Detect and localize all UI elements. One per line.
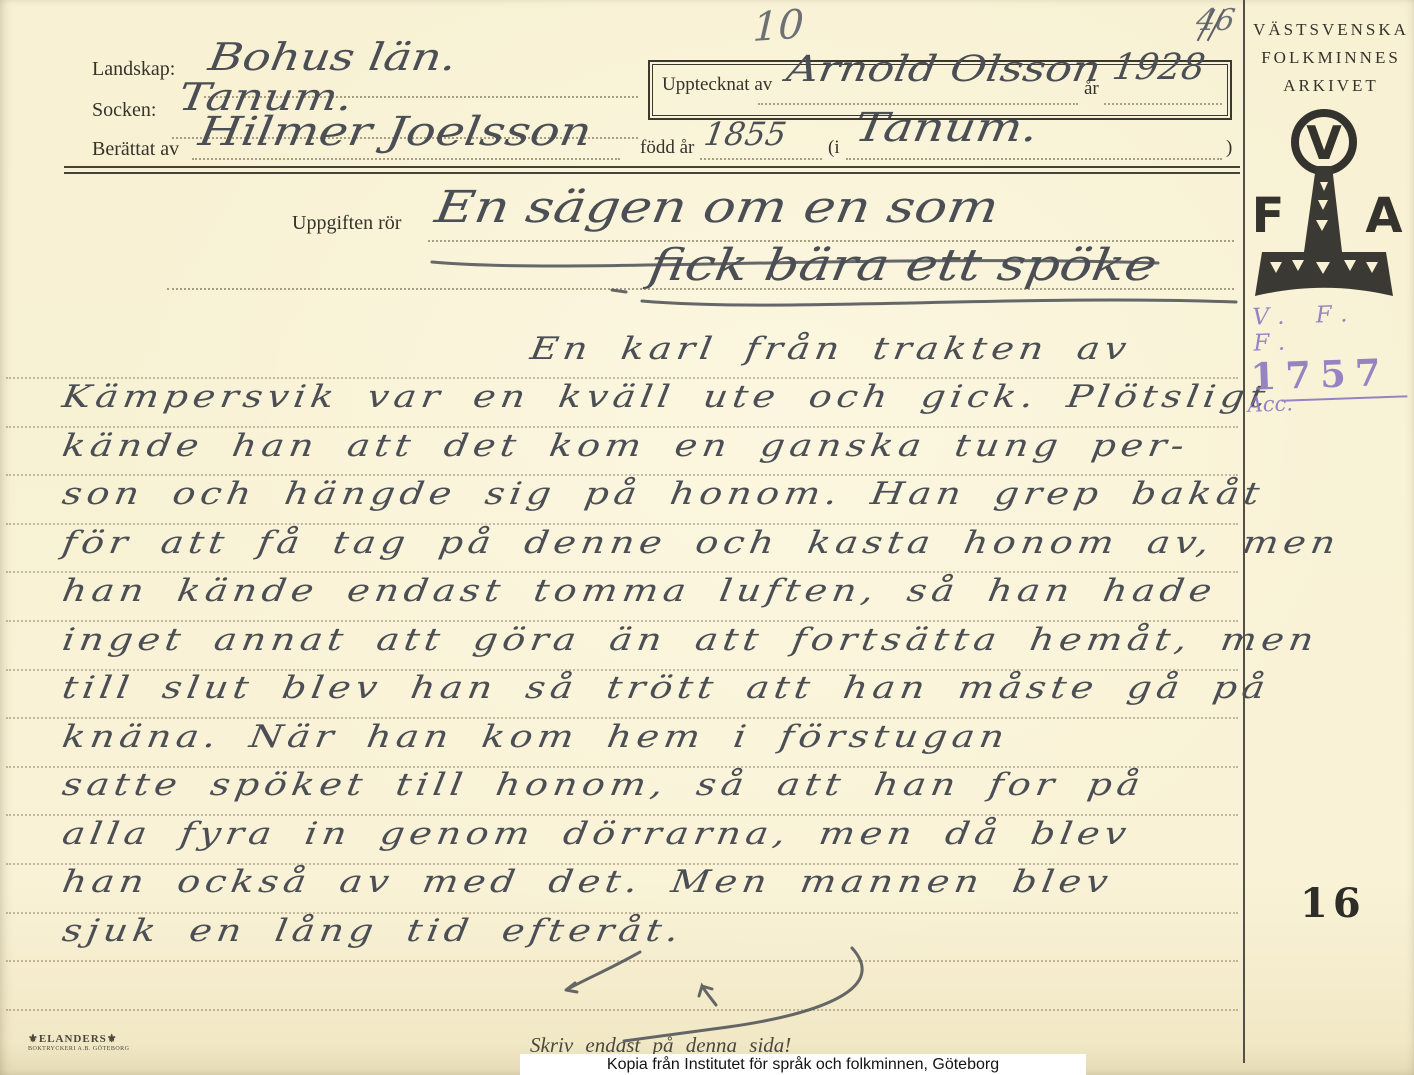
printer-name: ELANDERS (39, 1033, 107, 1045)
stamp-initials: V. F. F. (1252, 299, 1414, 357)
printer-ornament-icon: ⚜ (107, 1033, 118, 1045)
printer-subtitle: BOKTRYCKERI A.B. GÖTEBORG (28, 1046, 130, 1052)
archive-name-line: ARKIVET (1252, 72, 1410, 100)
logo-letter-v: V (1306, 116, 1342, 170)
archive-stamp: V. F. F. 1757 Acc. (1244, 299, 1414, 417)
copy-caption-strip: Kopia från Institutet för språk och folk… (520, 1054, 1086, 1075)
body-line: till slut blev han så trött att han måst… (60, 673, 1272, 704)
body-line: Kämpersvik var en kväll ute och gick. Pl… (60, 382, 1272, 413)
body-line: alla fyra in genom dörrarna, men då blev (60, 819, 1133, 850)
body-line: kände han att det kom en ganska tung per… (60, 431, 1191, 462)
archive-name-line: FOLKMINNES (1252, 44, 1410, 72)
logo-letter-a: A (1365, 188, 1402, 244)
document-page: Landskap: Bohus län. Socken: Tanum. Berä… (0, 0, 1414, 1075)
margin-rule (1243, 0, 1245, 1063)
body-line: knäna. När han kom hem i förstugan (60, 722, 1011, 753)
page-number: 16 (1300, 880, 1366, 927)
body-line: son och hängde sig på honom. Han grep ba… (60, 479, 1266, 510)
logo-letter-f: F (1252, 188, 1285, 244)
copy-caption: Kopia från Institutet för språk och folk… (607, 1056, 999, 1074)
ruled-line (6, 960, 1238, 962)
thors-hammer-logo-icon: V F A (1246, 102, 1406, 302)
body-line: satte spöket till honom, så att han for … (60, 770, 1147, 801)
body-line: inget annat att göra än att fortsätta he… (60, 625, 1320, 656)
printer-ornament-icon: ⚜ (28, 1033, 39, 1045)
archive-name-line: VÄSTSVENSKA (1252, 16, 1410, 44)
body-line: En karl från trakten av (528, 334, 1133, 365)
ruled-line (6, 1009, 1238, 1011)
body-line: han kände endast tomma luften, så han ha… (60, 576, 1219, 607)
body-line: han också av med det. Men mannen blev (60, 867, 1115, 898)
body-line: för att få tag på denne och kasta honom … (60, 528, 1342, 559)
printer-mark: ⚜ELANDERS⚜ BOKTRYCKERI A.B. GÖTEBORG (28, 1034, 130, 1052)
body-line: sjuk en lång tid efteråt. (60, 916, 685, 947)
archive-name: VÄSTSVENSKA FOLKMINNES ARKIVET (1252, 16, 1410, 100)
